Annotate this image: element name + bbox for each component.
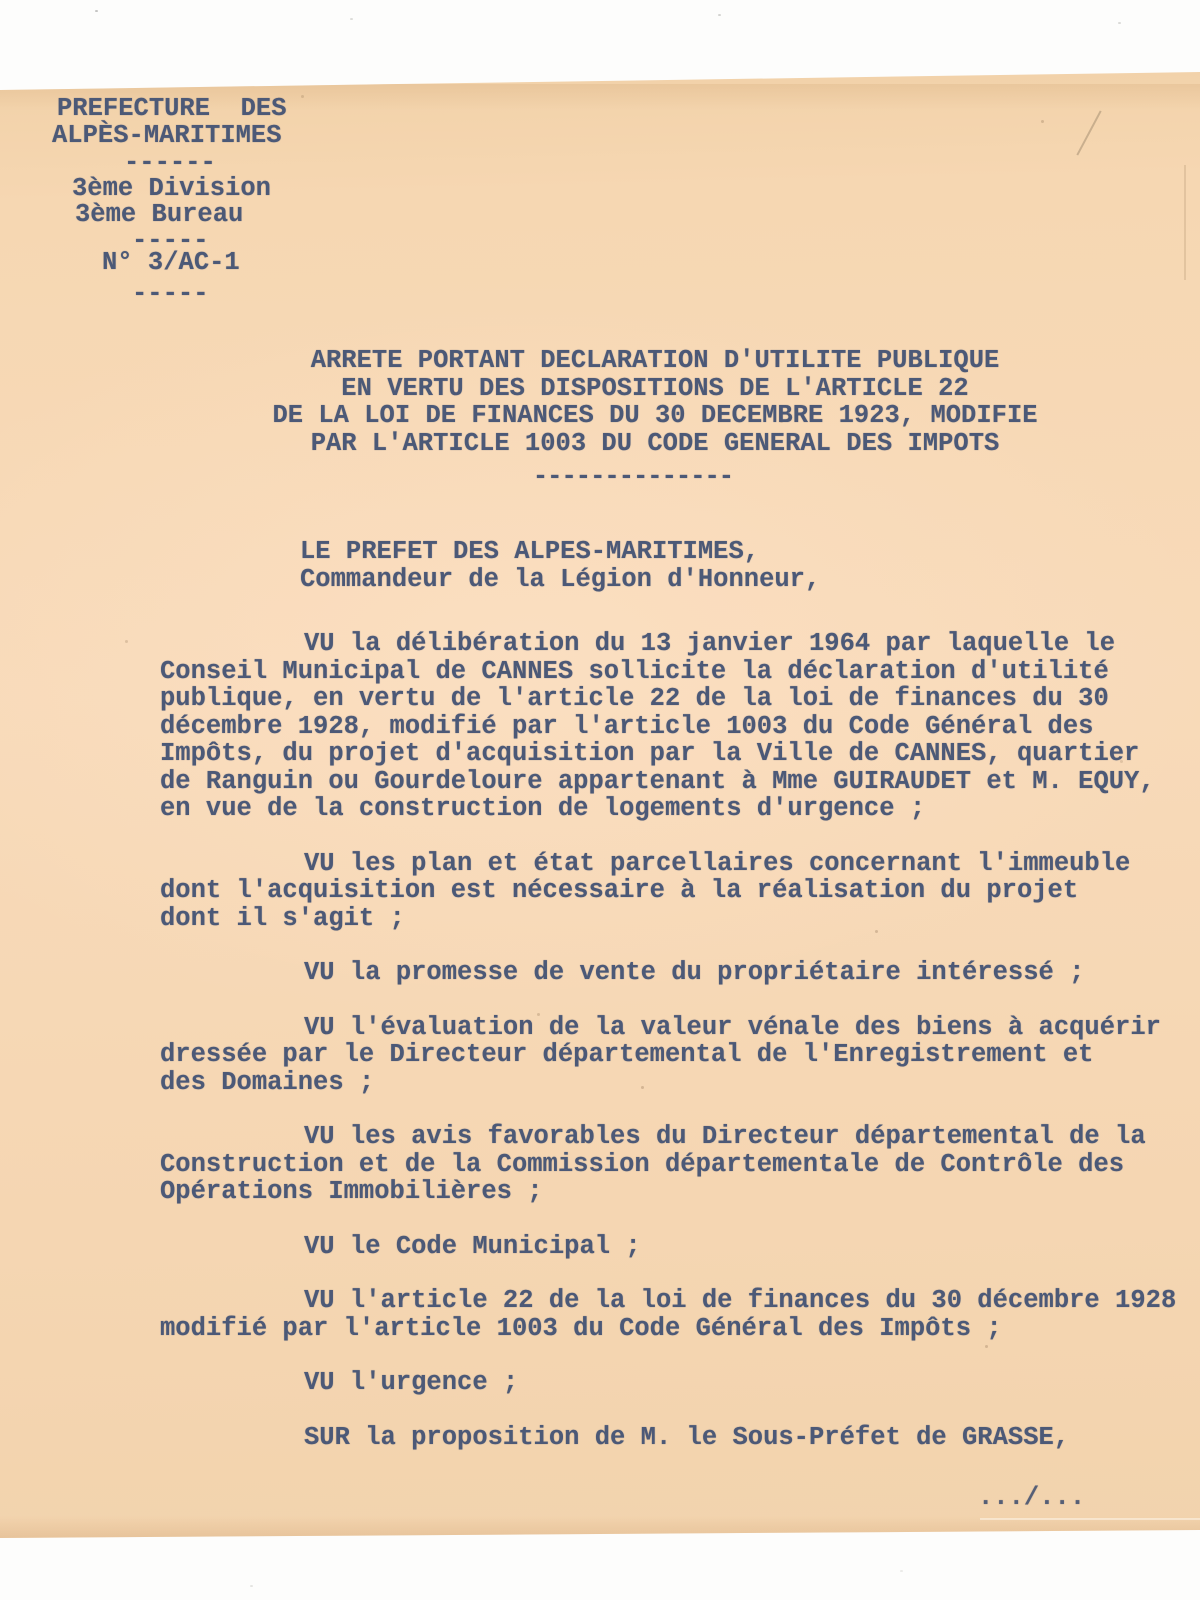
document-title-block: ARRETE PORTANT DECLARATION D'UTILITE PUB… <box>160 347 1150 491</box>
paragraph-vu-code-municipal: VU le Code Municipal ; <box>160 1233 1195 1261</box>
document-title: ARRETE PORTANT DECLARATION D'UTILITE PUB… <box>160 347 1150 457</box>
paragraph-vu-evaluation: VU l'évaluation de la valeur vénale des … <box>160 1014 1195 1097</box>
letterhead-bureau: 3ème Bureau <box>75 201 243 229</box>
paragraph-vu-article-22: VU l'article 22 de la loi de finances du… <box>160 1287 1195 1342</box>
paper-fold-mark <box>980 1518 1200 1520</box>
scanned-document: PREFECTURE DES ALPÈS-MARITIMES ------ 3è… <box>0 0 1200 1600</box>
issuer-name: LE PREFET DES ALPES-MARITIMES, <box>300 538 820 566</box>
letterhead-reference-number: N° 3/AC-1 <box>102 249 240 277</box>
scanner-dust-specks <box>95 10 98 12</box>
letterhead-office-line1: PREFECTURE DES <box>57 95 287 123</box>
continuation-mark: .../... <box>978 1484 1085 1512</box>
paper-crease-right-edge <box>1184 165 1186 280</box>
letterhead-separator: ------ <box>124 149 216 177</box>
issuer-block: LE PREFET DES ALPES-MARITIMES, Commandeu… <box>300 538 820 593</box>
paragraph-vu-urgence: VU l'urgence ; <box>160 1369 1195 1397</box>
paragraph-vu-plan-parcellaires: VU les plan et état parcellaires concern… <box>160 850 1195 933</box>
issuer-honor: Commandeur de la Légion d'Honneur, <box>300 566 820 594</box>
paragraph-vu-deliberation: VU la délibération du 13 janvier 1964 pa… <box>160 630 1195 823</box>
paragraph-vu-promesse-vente: VU la promesse de vente du propriétaire … <box>160 959 1195 987</box>
letterhead-office-line2: ALPÈS-MARITIMES <box>52 122 282 150</box>
paper-sheet: PREFECTURE DES ALPÈS-MARITIMES ------ 3è… <box>0 70 1200 1538</box>
letterhead-division: 3ème Division <box>72 175 271 203</box>
paper-crease-top-right <box>1076 110 1101 155</box>
document-body: VU la délibération du 13 janvier 1964 pa… <box>160 630 1195 1478</box>
letterhead-separator: ----- <box>132 280 209 308</box>
title-underline-dashes: -------------- <box>138 463 1128 491</box>
paragraph-sur-proposition: SUR la proposition de M. le Sous-Préfet … <box>160 1424 1195 1452</box>
paragraph-vu-avis-favorables: VU les avis favorables du Directeur dépa… <box>160 1123 1195 1206</box>
